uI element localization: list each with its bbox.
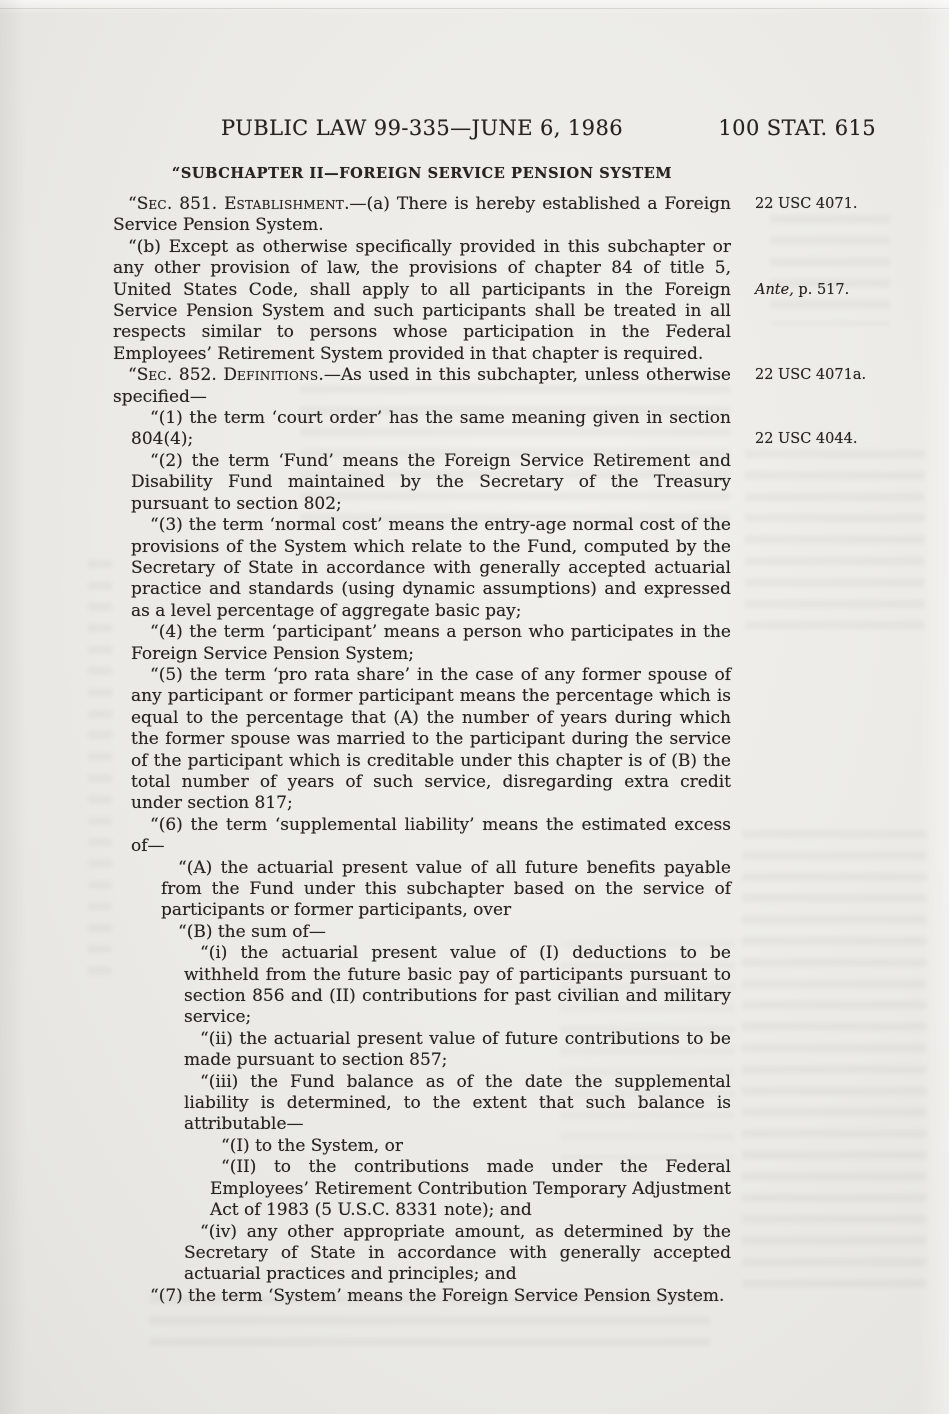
text-run: Ante, xyxy=(755,282,794,298)
text-run: “(7) the term ‘System’ means the Foreign… xyxy=(150,1286,724,1306)
law-title: PUBLIC LAW 99-335—JUNE 6, 1986 xyxy=(113,116,731,140)
statute-paragraph: “(ii) the actuarial present value of fut… xyxy=(113,1029,731,1072)
statute-paragraph: “(5) the term ‘pro rata share’ in the ca… xyxy=(113,665,731,815)
text-run: “(2) the term ‘Fund’ means the Foreign S… xyxy=(131,451,731,514)
bleed-through-artifact xyxy=(745,450,925,640)
document-page: PUBLIC LAW 99-335—JUNE 6, 1986 100 STAT.… xyxy=(0,0,949,1414)
bleed-through-artifact xyxy=(770,215,890,325)
statute-paragraph: “Sec. 852. Definitions.—As used in this … xyxy=(113,365,731,408)
text-run: p. 517. xyxy=(794,282,849,298)
statute-page-number: 100 STAT. 615 xyxy=(718,116,876,140)
margin-note: Ante, p. 517. xyxy=(755,280,930,301)
statute-paragraph: “(7) the term ‘System’ means the Foreign… xyxy=(113,1286,731,1307)
text-run: 22 USC 4071a. xyxy=(755,367,866,383)
text-run: “S xyxy=(128,365,148,385)
statute-paragraph: “(iii) the Fund balance as of the date t… xyxy=(113,1072,731,1136)
statute-paragraph: “(1) the term ‘court order’ has the same… xyxy=(113,408,731,451)
statute-paragraph: “(b) Except as otherwise specifically pr… xyxy=(113,237,731,365)
text-run: “(5) the term ‘pro rata share’ in the ca… xyxy=(131,665,731,813)
text-run: “(I) to the System, or xyxy=(221,1136,403,1156)
scan-edge-line xyxy=(0,8,949,9)
text-run: ec xyxy=(148,194,167,214)
text-run: “(b) Except as otherwise specifically pr… xyxy=(113,237,731,364)
text-run: 22 USC 4071. xyxy=(755,196,857,212)
text-run: “(B) the sum of— xyxy=(178,922,326,942)
page-header: PUBLIC LAW 99-335—JUNE 6, 1986 100 STAT.… xyxy=(113,116,876,144)
statute-paragraph: “Sec. 851. Establishment.—(a) There is h… xyxy=(113,194,731,237)
statute-paragraph: “(A) the actuarial present value of all … xyxy=(113,858,731,922)
text-run: “(iii) the Fund balance as of the date t… xyxy=(184,1072,731,1135)
text-run: “(6) the term ‘supplemental liability’ m… xyxy=(131,815,731,856)
text-run: “(II) to the contributions made under th… xyxy=(210,1157,731,1220)
text-run: “(4) the term ‘participant’ means a pers… xyxy=(131,622,731,663)
bleed-through-artifact xyxy=(742,830,927,1300)
statute-paragraph: “(3) the term ‘normal cost’ means the en… xyxy=(113,515,731,622)
text-run: efinitions xyxy=(237,365,318,385)
statute-text: “Sec. 851. Establishment.—(a) There is h… xyxy=(113,194,731,1307)
statute-paragraph: “(II) to the contributions made under th… xyxy=(113,1157,731,1221)
statute-paragraph: “(6) the term ‘supplemental liability’ m… xyxy=(113,815,731,858)
bleed-through-artifact xyxy=(88,560,112,980)
statute-paragraph: “(4) the term ‘participant’ means a pers… xyxy=(113,622,731,665)
text-run: 22 USC 4044. xyxy=(755,431,857,447)
text-run: stablishment xyxy=(237,194,345,214)
text-run: “(A) the actuarial present value of all … xyxy=(161,858,731,921)
statute-paragraph: “(I) to the System, or xyxy=(113,1136,731,1157)
text-run: ec xyxy=(148,365,167,385)
text-run: . 852. D xyxy=(167,365,237,385)
margin-note: 22 USC 4044. xyxy=(755,429,930,450)
text-run: “S xyxy=(128,194,148,214)
text-run: “(i) the actuarial present value of (I) … xyxy=(184,943,731,1027)
text-run: “(1) the term ‘court order’ has the same… xyxy=(131,408,731,449)
statute-paragraph: “(iv) any other appropriate amount, as d… xyxy=(113,1222,731,1286)
margin-note: 22 USC 4071a. xyxy=(755,365,930,386)
text-run: “(3) the term ‘normal cost’ means the en… xyxy=(131,515,731,621)
subchapter-heading: “SUBCHAPTER II—FOREIGN SERVICE PENSION S… xyxy=(113,165,731,182)
text-run: “(iv) any other appropriate amount, as d… xyxy=(184,1222,731,1285)
text-run: “(ii) the actuarial present value of fut… xyxy=(184,1029,731,1070)
margin-note: 22 USC 4071. xyxy=(755,194,930,215)
statute-paragraph: “(B) the sum of— xyxy=(113,922,731,943)
text-run: . 851. E xyxy=(167,194,237,214)
statute-paragraph: “(2) the term ‘Fund’ means the Foreign S… xyxy=(113,451,731,515)
statute-paragraph: “(i) the actuarial present value of (I) … xyxy=(113,943,731,1029)
